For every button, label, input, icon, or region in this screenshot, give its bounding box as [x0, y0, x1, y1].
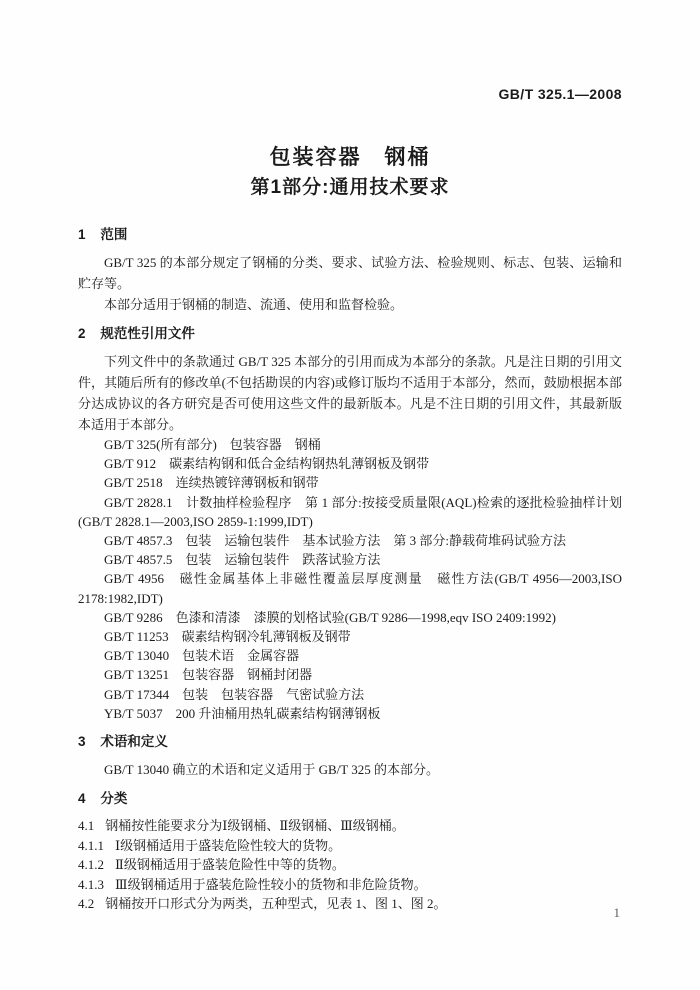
reference-item: GB/T 13251 包装容器 钢桶封闭器 — [78, 665, 622, 684]
reference-item: GB/T 2518 连续热镀锌薄钢板和钢带 — [78, 473, 622, 492]
section-number: 2 — [78, 326, 86, 341]
paragraph: GB/T 13040 确立的术语和定义适用于 GB/T 325 的本部分。 — [78, 759, 622, 780]
clause-number: 4.1 — [78, 818, 94, 833]
title-block: 包装容器 钢桶 第1部分:通用技术要求 — [78, 146, 622, 200]
reference-item: GB/T 17344 包装 包装容器 气密试验方法 — [78, 685, 622, 704]
clause: 4.1钢桶按性能要求分为Ⅰ级钢桶、Ⅱ级钢桶、Ⅲ级钢桶。 — [78, 816, 622, 836]
clause-text: Ⅱ级钢桶适用于盛装危险性中等的货物。 — [115, 857, 345, 872]
reference-item: GB/T 9286 色漆和清漆 漆膜的划格试验(GB/T 9286—1998,e… — [78, 608, 622, 627]
section-heading: 2规范性引用文件 — [78, 327, 622, 341]
clause-number: 4.1.1 — [78, 838, 104, 853]
document-title: 包装容器 钢桶 — [78, 146, 622, 170]
sections: 1范围GB/T 325 的本部分规定了钢桶的分类、要求、试验方法、检验规则、标志… — [78, 200, 622, 914]
reference-item: GB/T 2828.1 计数抽样检验程序 第 1 部分:按接受质量限(AQL)检… — [78, 493, 622, 531]
clause-text: Ⅰ级钢桶适用于盛装危险性较大的货物。 — [115, 838, 341, 853]
reference-item: GB/T 11253 碳素结构钢冷轧薄钢板及钢带 — [78, 627, 622, 646]
reference-item: GB/T 4956 磁性金属基体上非磁性覆盖层厚度测量 磁性方法(GB/T 49… — [78, 569, 622, 607]
clause: 4.1.3Ⅲ级钢桶适用于盛装危险性较小的货物和非危险货物。 — [78, 875, 622, 895]
reference-item: YB/T 5037 200 升油桶用热轧碳素结构钢薄钢板 — [78, 704, 622, 723]
clause: 4.1.1Ⅰ级钢桶适用于盛装危险性较大的货物。 — [78, 836, 622, 856]
section-heading: 3术语和定义 — [78, 735, 622, 749]
clause-text: 钢桶按开口形式分为两类，五种型式，见表 1、图 1、图 2。 — [105, 896, 446, 911]
section-title: 分类 — [100, 791, 127, 806]
reference-item: GB/T 4857.5 包装 运输包装件 跌落试验方法 — [78, 550, 622, 569]
section-number: 4 — [78, 791, 86, 806]
reference-item: GB/T 4857.3 包装 运输包装件 基本试验方法 第 3 部分:静载荷堆码… — [78, 531, 622, 550]
page-content: GB/T 325.1—2008 包装容器 钢桶 第1部分:通用技术要求 1范围G… — [0, 0, 700, 914]
section: 1范围GB/T 325 的本部分规定了钢桶的分类、要求、试验方法、检验规则、标志… — [78, 228, 622, 315]
clause-number: 4.1.3 — [78, 877, 104, 892]
clause-text: Ⅲ级钢桶适用于盛装危险性较小的货物和非危险货物。 — [115, 877, 427, 892]
section-number: 1 — [78, 227, 86, 242]
section: 3术语和定义GB/T 13040 确立的术语和定义适用于 GB/T 325 的本… — [78, 735, 622, 780]
paragraph: 本部分适用于钢桶的制造、流通、使用和监督检验。 — [78, 294, 622, 315]
section: 2规范性引用文件下列文件中的条款通过 GB/T 325 本部分的引用而成为本部分… — [78, 327, 622, 723]
section-heading: 4分类 — [78, 792, 622, 806]
reference-item: GB/T 13040 包装术语 金属容器 — [78, 646, 622, 665]
clause-number: 4.1.2 — [78, 857, 104, 872]
clause: 4.2钢桶按开口形式分为两类，五种型式，见表 1、图 1、图 2。 — [78, 894, 622, 914]
paragraph: 下列文件中的条款通过 GB/T 325 本部分的引用而成为本部分的条款。凡是注日… — [78, 351, 622, 435]
page-number: 1 — [614, 906, 621, 920]
section: 4分类4.1钢桶按性能要求分为Ⅰ级钢桶、Ⅱ级钢桶、Ⅲ级钢桶。4.1.1Ⅰ级钢桶适… — [78, 792, 622, 914]
section-title: 范围 — [100, 227, 127, 242]
paragraph: GB/T 325 的本部分规定了钢桶的分类、要求、试验方法、检验规则、标志、包装… — [78, 252, 622, 294]
section-title: 规范性引用文件 — [100, 326, 195, 341]
clause-text: 钢桶按性能要求分为Ⅰ级钢桶、Ⅱ级钢桶、Ⅲ级钢桶。 — [105, 818, 405, 833]
section-title: 术语和定义 — [100, 734, 168, 749]
document-subtitle: 第1部分:通用技术要求 — [78, 176, 622, 200]
clause-number: 4.2 — [78, 896, 94, 911]
reference-item: GB/T 912 碳素结构钢和低合金结构钢热轧薄钢板及钢带 — [78, 454, 622, 473]
clause: 4.1.2Ⅱ级钢桶适用于盛装危险性中等的货物。 — [78, 855, 622, 875]
reference-item: GB/T 325(所有部分) 包装容器 钢桶 — [78, 435, 622, 454]
document-page: GB/T 325.1—2008 包装容器 钢桶 第1部分:通用技术要求 1范围G… — [0, 0, 700, 990]
section-heading: 1范围 — [78, 228, 622, 242]
standard-code: GB/T 325.1—2008 — [78, 86, 622, 102]
section-number: 3 — [78, 734, 86, 749]
